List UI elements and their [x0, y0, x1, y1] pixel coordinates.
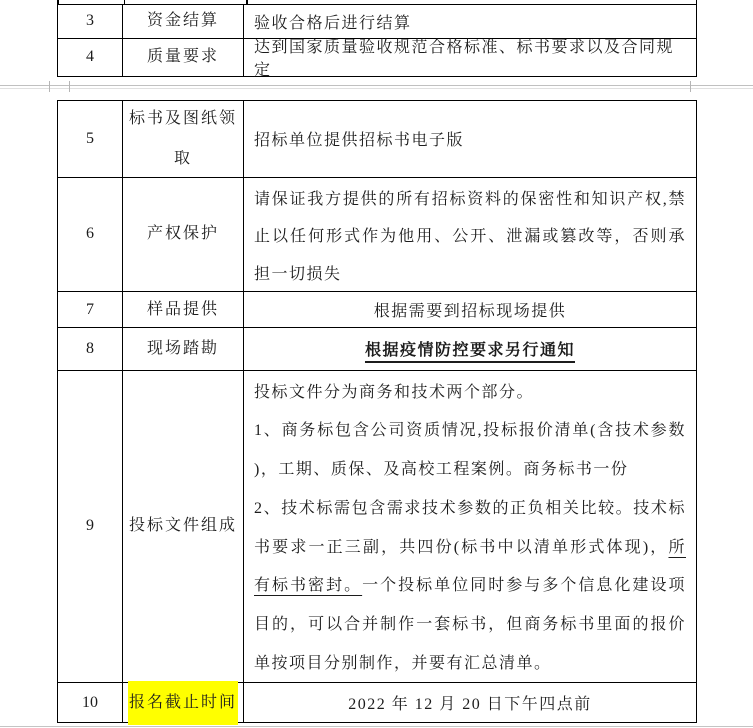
- row-number: 8: [58, 328, 123, 370]
- page-break-line: [0, 85, 753, 86]
- row-number: 10: [58, 683, 123, 722]
- row-number: 9: [58, 371, 123, 683]
- row-label: 质量要求: [123, 39, 244, 76]
- table-row-4: 4 质量要求 达到国家质量验收规范合格标准、标书要求以及合同规定: [58, 39, 696, 76]
- table-row-9: 9 投标文件组成 投标文件分为商务和技术两个部分。1、商务标包含公司资质情况,投…: [58, 371, 696, 684]
- page-break-tick: [49, 81, 50, 92]
- row-number: 6: [58, 178, 123, 292]
- row-content: 达到国家质量验收规范合格标准、标书要求以及合同规定: [244, 39, 696, 76]
- page-break-tick: [690, 81, 691, 92]
- table-row-6: 6 产权保护 请保证我方提供的所有招标资料的保密性和知识产权,禁止以任何形式作为…: [58, 178, 696, 293]
- deadline-label-highlight: 报名截止时间: [128, 681, 238, 725]
- row-label: 标书及图纸领取: [123, 101, 244, 177]
- row-label: 产权保护: [123, 178, 244, 292]
- row-number: 4: [58, 39, 123, 76]
- row-label: 投标文件组成: [123, 371, 244, 683]
- row-content: 根据需要到招标现场提供: [244, 292, 696, 327]
- site-survey-notice: 根据疫情防控要求另行通知: [365, 337, 575, 360]
- row-label: 现场踏勘: [123, 328, 244, 370]
- row-content: 验收合格后进行结算: [244, 5, 696, 38]
- row-content: 请保证我方提供的所有招标资料的保密性和知识产权,禁止以任何形式作为他用、公开、泄…: [244, 178, 696, 292]
- table-section-page2: 5 标书及图纸领取 招标单位提供招标书电子版 6 产权保护 请保证我方提供的所有…: [57, 100, 697, 723]
- table-row-7: 7 样品提供 根据需要到招标现场提供: [58, 292, 696, 328]
- page-bottom-edge: [0, 726, 753, 727]
- row-content: 招标单位提供招标书电子版: [244, 101, 696, 177]
- row-label: 样品提供: [123, 292, 244, 327]
- page-break-tick: [69, 81, 70, 92]
- row-content: 2022 年 12 月 20 日下午四点前: [244, 683, 696, 722]
- bid-composition-content: 投标文件分为商务和技术两个部分。1、商务标包含公司资质情况,投标报价清单(含技术…: [244, 371, 696, 683]
- row-number: 5: [58, 101, 123, 177]
- row-content: 根据疫情防控要求另行通知: [244, 328, 696, 370]
- page-break-line: [0, 88, 753, 89]
- table-row-10: 10 报名截止时间 2022 年 12 月 20 日下午四点前: [58, 683, 696, 722]
- table-row-8: 8 现场踏勘 根据疫情防控要求另行通知: [58, 328, 696, 371]
- row-label: 资金结算: [123, 5, 244, 38]
- row-label: 报名截止时间: [123, 683, 244, 722]
- table-section-page1: 3 资金结算 验收合格后进行结算 4 质量要求 达到国家质量验收规范合格标准、标…: [57, 4, 697, 77]
- table-row-5: 5 标书及图纸领取 招标单位提供招标书电子版: [58, 101, 696, 178]
- row-number: 3: [58, 5, 123, 38]
- row-number: 7: [58, 292, 123, 327]
